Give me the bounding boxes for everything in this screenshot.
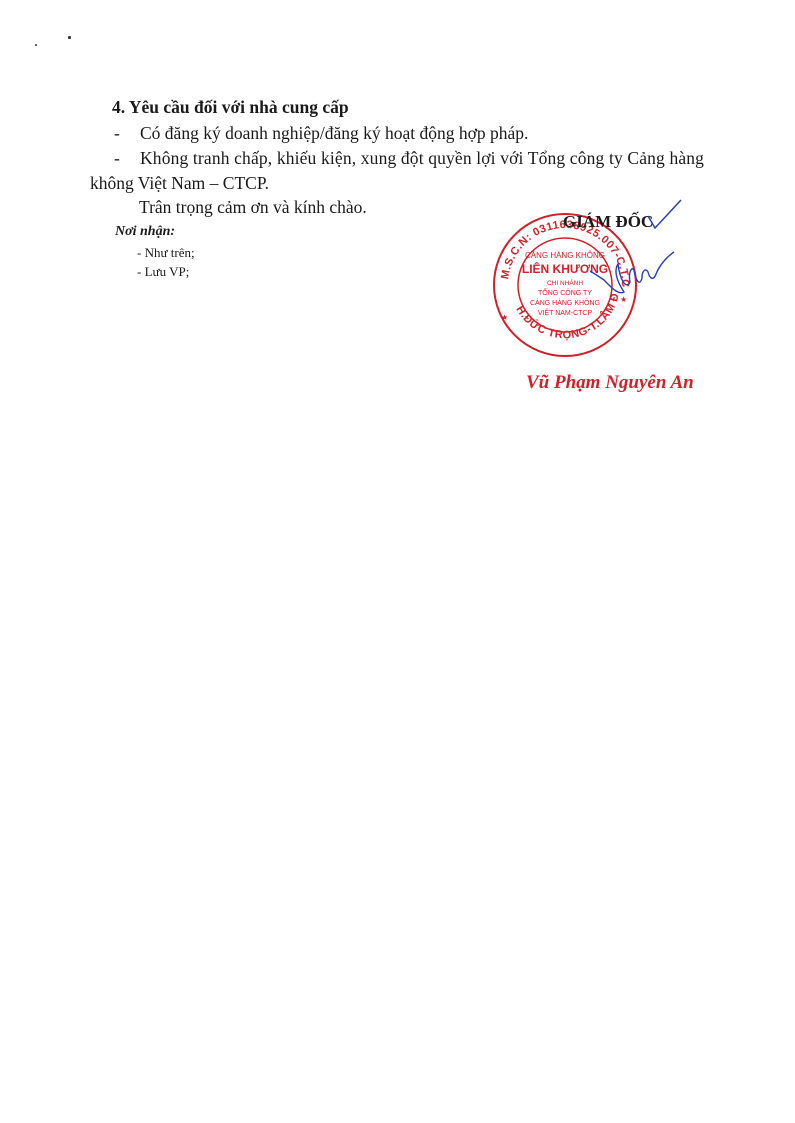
bullet-dash: - [114, 123, 140, 144]
bullet-dash: - [114, 148, 140, 169]
scan-speck [35, 44, 37, 46]
bullet-continuation: không Việt Nam – CTCP. [90, 173, 269, 194]
recipient-item: - Như trên; [137, 245, 195, 261]
bullet-text: Không tranh chấp, khiếu kiện, xung đột q… [140, 148, 704, 168]
svg-text:VIỆT NAM-CTCP: VIỆT NAM-CTCP [538, 308, 593, 317]
signer-name: Vũ Phạm Nguyên An [526, 372, 694, 394]
bullet-item: -Có đăng ký doanh nghiệp/đăng ký hoạt độ… [114, 123, 528, 144]
bullet-text: Có đăng ký doanh nghiệp/đăng ký hoạt độn… [140, 123, 528, 143]
svg-text:★: ★ [501, 313, 508, 322]
signature-title: GIÁM ĐỐC [563, 212, 653, 232]
svg-text:TỔNG CÔNG TY: TỔNG CÔNG TY [538, 288, 592, 297]
closing-text: Trân trọng cảm ơn và kính chào. [139, 197, 367, 218]
scan-speck [68, 36, 71, 39]
check-mark-icon [645, 198, 685, 233]
recipient-text: Như trên; [145, 245, 195, 260]
section-heading: 4. Yêu cầu đối với nhà cung cấp [112, 97, 349, 118]
recipients-title: Nơi nhận: [115, 224, 175, 240]
recipient-item: - Lưu VP; [137, 264, 189, 280]
svg-text:CHI NHÁNH: CHI NHÁNH [547, 278, 583, 287]
recipient-text: Lưu VP; [145, 264, 190, 279]
bullet-item: -Không tranh chấp, khiếu kiện, xung đột … [114, 148, 704, 169]
handwritten-signature [590, 250, 680, 310]
